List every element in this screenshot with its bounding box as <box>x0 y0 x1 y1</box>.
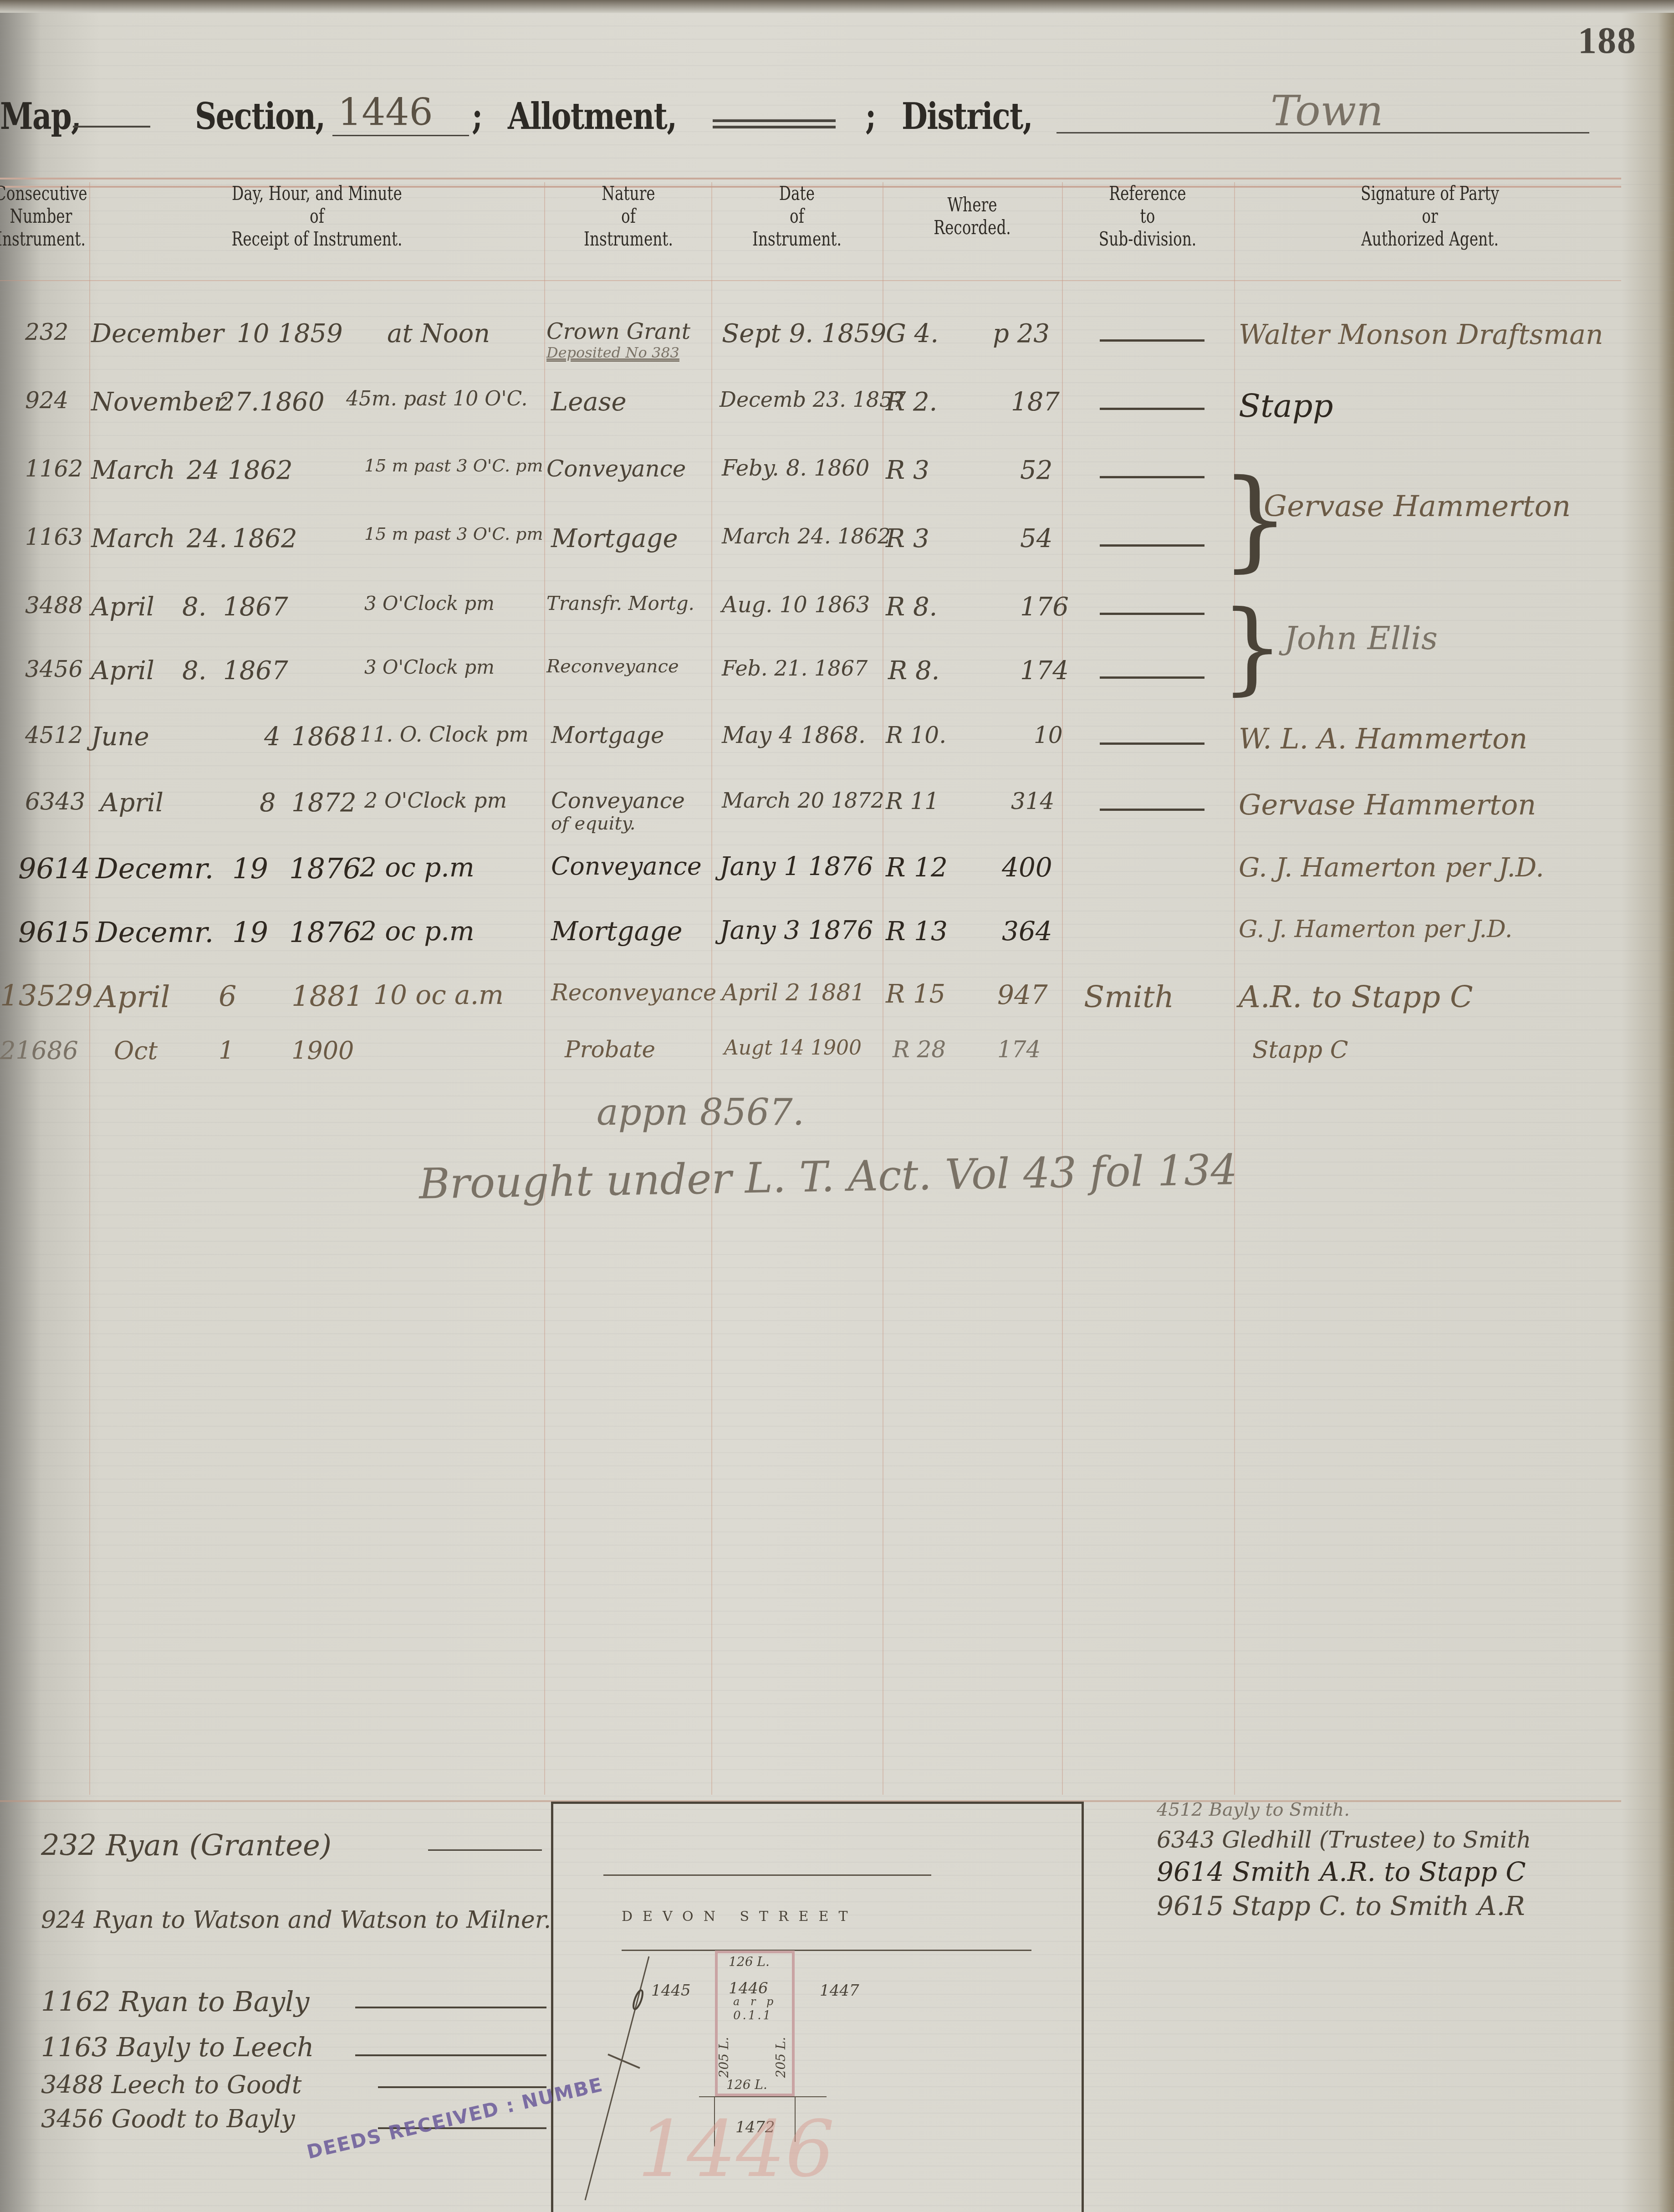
register-row: 1163 March 24. 1862 15 m past 3 O'C. pm … <box>0 524 1621 588</box>
instrument-date: Decemb 23. 1857 <box>720 387 906 412</box>
instrument-date: Augt 14 1900 <box>724 1036 862 1060</box>
recorded-page: 54 <box>1020 524 1052 553</box>
signature: G. J. Hamerton per J.D. <box>1239 916 1512 943</box>
column-header-date: Date of Instrument. <box>731 182 863 251</box>
receipt-time: 2 oc p.m <box>360 852 475 883</box>
instrument-nature: Mortgage <box>551 916 683 947</box>
register-row: 9615 Decemr. 19 1876 2 oc p.m Mortgage J… <box>0 916 1621 979</box>
instrument-number: 21686 <box>0 1036 78 1065</box>
receipt-time: 2 oc p.m <box>360 916 475 947</box>
instrument-nature-note: of equity. <box>551 813 636 834</box>
instrument-nature-note: Deposited No 383 <box>546 344 679 361</box>
receipt-day: 24 <box>187 456 219 485</box>
receipt-year: 1867 <box>223 592 288 622</box>
instrument-number: 3488 <box>25 592 83 619</box>
column-header-number: Consecutive Number Instrument. <box>0 182 87 251</box>
recorded-book: R 8. <box>886 592 937 622</box>
section-semicolon: ; <box>472 95 482 138</box>
instrument-number: 4512 <box>25 722 83 748</box>
header-bottom-rule <box>0 280 1621 281</box>
register-row: 4512 June 4 1868 11. O. Clock pm Mortgag… <box>0 722 1621 786</box>
instrument-number: 232 <box>25 319 68 345</box>
instrument-date: Feby. 8. 1860 <box>722 456 869 481</box>
chain-item: 9615 Stapp C. to Smith A.R <box>1157 1890 1525 1921</box>
receipt-year: 1862 <box>232 524 297 553</box>
recorded-page: 174 <box>1020 656 1069 686</box>
receipt-time: 3 O'Clock pm <box>364 592 495 614</box>
section-label: Section, <box>195 95 325 138</box>
reference-dash <box>1100 476 1204 478</box>
chain-item-rule <box>355 2007 546 2008</box>
instrument-date: April 2 1881 <box>722 979 865 1006</box>
receipt-day: 27. <box>219 387 259 417</box>
recorded-page: 52 <box>1020 456 1052 485</box>
recorded-book: R 8. <box>888 656 939 686</box>
column-header-where-recorded: Where Recorded. <box>905 194 1040 239</box>
receipt-day: 8. <box>182 656 206 686</box>
chain-item-rule <box>355 2054 546 2056</box>
instrument-number: 924 <box>25 387 68 414</box>
receipt-day: 8. <box>182 592 206 622</box>
receipt-month: June <box>91 722 149 752</box>
recorded-book: R 11 <box>886 788 939 814</box>
receipt-year: 1876 <box>289 916 361 949</box>
recorded-page: 364 <box>1002 916 1052 947</box>
register-row: 9614 Decemr. 19 1876 2 oc p.m Conveyance… <box>0 852 1621 916</box>
reference-dash <box>1100 676 1204 679</box>
instrument-nature: Conveyance <box>546 456 686 482</box>
chain-item: 924 Ryan to Watson and Watson to Milner. <box>41 1906 551 1934</box>
allotment-field-line-1 <box>713 119 836 122</box>
reference-dash <box>1100 613 1204 615</box>
recorded-page: 176 <box>1020 592 1069 622</box>
chain-item: 1163 Bayly to Leech <box>41 2032 314 2063</box>
map-label: Map, <box>0 95 81 138</box>
signature: W. L. A. Hammerton <box>1239 722 1527 755</box>
receipt-day: 8 <box>260 788 276 818</box>
district-label: District, <box>902 95 1032 138</box>
recorded-book: R 28 <box>893 1036 946 1063</box>
receipt-month: Decemr. <box>96 916 214 949</box>
recorded-book: R 10. <box>886 722 946 748</box>
chain-item: 9614 Smith A.R. to Stapp C <box>1157 1856 1526 1887</box>
recorded-book: R 3 <box>886 456 929 485</box>
receipt-month: March <box>91 456 175 485</box>
reference-dash <box>1100 742 1204 745</box>
signature: A.R. to Stapp C <box>1239 979 1473 1014</box>
instrument-number: 3456 <box>25 656 83 682</box>
receipt-time: 10 oc a.m <box>373 979 504 1010</box>
column-header-nature: Nature of Instrument. <box>565 182 693 251</box>
signature: Gervase Hammerton <box>1239 788 1536 821</box>
recorded-page: 10 <box>1034 722 1063 748</box>
lot-right-dimension: 205 L. <box>773 2037 788 2078</box>
recorded-page: p 23 <box>993 319 1050 348</box>
recorded-book: R 15 <box>886 979 945 1009</box>
instrument-number: 9615 <box>18 916 90 949</box>
receipt-year: 1900 <box>291 1036 354 1065</box>
receipt-year: 1859 <box>278 319 343 348</box>
grouped-signature: Gervase Hammerton <box>1264 490 1571 523</box>
instrument-nature: Transfr. Mortg. <box>546 592 694 614</box>
column-header-receipt: Day, Hour, and Minute of Receipt of Inst… <box>210 182 424 251</box>
chain-item: 4512 Bayly to Smith. <box>1157 1799 1350 1820</box>
receipt-day: 19 <box>232 916 268 949</box>
instrument-number: 1162 <box>25 456 83 482</box>
receipt-month: April <box>91 656 154 686</box>
receipt-year: 1862 <box>228 456 293 485</box>
receipt-time: 15 m past 3 O'C. pm <box>364 524 543 544</box>
instrument-nature: Mortgage <box>551 524 678 553</box>
instrument-nature: Conveyance <box>551 788 685 814</box>
signature: Stapp C <box>1252 1036 1348 1064</box>
recorded-book: R 12 <box>886 852 948 883</box>
instrument-date: March 24. 1862 <box>722 524 891 548</box>
south-boundary <box>699 2096 827 2097</box>
chain-item: 1162 Ryan to Bayly <box>41 1986 309 2018</box>
instrument-nature: Crown Grant <box>546 319 690 344</box>
receipt-year: 1867 <box>223 656 288 686</box>
section-field-line <box>332 135 469 136</box>
instrument-date: Jany 3 1876 <box>720 916 873 945</box>
receipt-time: 45m. past 10 O'C. <box>346 387 528 410</box>
receipt-day: 1 <box>219 1036 234 1065</box>
register-row: 13529 April 6 1881 10 oc a.m Reconveyanc… <box>0 979 1621 1043</box>
chain-item: 3488 Leech to Goodt <box>41 2070 301 2099</box>
receipt-year: 1872 <box>291 788 357 818</box>
section-value: 1446 <box>338 91 433 134</box>
receipt-month: April <box>100 788 163 818</box>
allotment-label: Allotment, <box>508 95 676 138</box>
instrument-date: March 20 1872 <box>722 788 884 813</box>
neighbour-east: 1447 <box>820 1982 859 2000</box>
instrument-nature: Probate <box>565 1036 655 1063</box>
receipt-day: 6 <box>219 979 236 1013</box>
register-row: 3456 April 8. 1867 3 O'Clock pm Reconvey… <box>0 656 1621 720</box>
receipt-time: 11. O. Clock pm <box>360 722 529 747</box>
recorded-page: 187 <box>1011 387 1060 417</box>
lot-left-dimension: 205 L. <box>716 2037 731 2078</box>
instrument-nature: Conveyance <box>551 852 702 881</box>
signature: Stapp <box>1239 387 1333 425</box>
recorded-book: G 4. <box>886 319 939 348</box>
receipt-time: 2 O'Clock pm <box>364 788 507 813</box>
page-top-edge <box>0 0 1674 13</box>
recorded-page: 400 <box>1002 852 1052 883</box>
chain-item-rule <box>428 1849 542 1851</box>
receipt-day: 10 <box>237 319 269 348</box>
receipt-time: 3 O'Clock pm <box>364 656 495 678</box>
receipt-month: Decemr. <box>96 852 214 885</box>
chain-item: 232 Ryan (Grantee) <box>41 1829 332 1863</box>
signature: G. J. Hamerton per J.D. <box>1239 852 1544 883</box>
lot-area-units: a r p <box>733 1995 777 2008</box>
instrument-date: Feb. 21. 1867 <box>722 656 868 681</box>
recorded-page: 174 <box>997 1036 1041 1063</box>
instrument-date: Sept 9. 1859 <box>722 319 886 348</box>
receipt-month: Oct <box>114 1036 158 1065</box>
register-row: 232 December 10 1859 at Noon Crown Grant… <box>0 319 1621 383</box>
instrument-nature: Lease <box>551 387 627 417</box>
page-number: 188 <box>1578 19 1637 62</box>
receipt-year: 1876 <box>289 852 361 885</box>
receipt-month: April <box>96 979 170 1014</box>
allotment-semicolon: ; <box>865 95 876 138</box>
column-header-signature: Signature of Party or Authorized Agent. <box>1323 182 1536 251</box>
chain-item: 6343 Gledhill (Trustee) to Smith <box>1157 1827 1531 1853</box>
lot-number: 1446 <box>729 1979 768 1997</box>
receipt-day: 4 <box>264 722 281 752</box>
instrument-number: 9614 <box>18 852 90 885</box>
receipt-year: 1881 <box>291 979 363 1013</box>
district-value: Town <box>1271 87 1383 135</box>
instrument-nature: Reconveyance <box>546 656 679 677</box>
instrument-date: May 4 1868. <box>722 722 866 748</box>
signature-group-brace: } <box>1220 597 1284 697</box>
receipt-month: November <box>91 387 226 417</box>
reference-dash <box>1100 544 1204 547</box>
application-note: appn 8567. <box>597 1091 804 1133</box>
reference-dash <box>1100 408 1204 410</box>
register-row: 924 November 27. 1860 45m. past 10 O'C. … <box>0 387 1621 451</box>
lot-top-dimension: 126 L. <box>729 1954 770 1969</box>
reference-text: Smith <box>1084 979 1174 1014</box>
receipt-year: 1860 <box>260 387 325 417</box>
allotment-field-line-2 <box>713 126 836 128</box>
receipt-time: 15 m past 3 O'C. pm <box>364 456 543 476</box>
instrument-number: 1163 <box>25 524 83 550</box>
receipt-day: 19 <box>232 852 268 885</box>
instrument-nature: Mortgage <box>551 722 664 748</box>
chain-item-rule <box>378 2086 546 2088</box>
receipt-month: December <box>91 319 224 348</box>
instrument-nature: Reconveyance <box>551 979 716 1006</box>
receipt-month: April <box>91 592 154 622</box>
lot-bottom-dimension: 126 L. <box>726 2077 767 2092</box>
recorded-page: 314 <box>1011 788 1054 814</box>
instrument-number: 13529 <box>0 979 93 1013</box>
recorded-page: 947 <box>997 979 1048 1010</box>
column-header-reference: Reference to Sub-division. <box>1082 182 1214 251</box>
receipt-time: at Noon <box>387 319 490 348</box>
receipt-month: March <box>91 524 175 553</box>
instrument-date: Aug. 10 1863 <box>722 592 870 618</box>
map-field <box>73 126 150 128</box>
receipt-day: 24. <box>187 524 227 553</box>
street-north-boundary <box>603 1874 931 1876</box>
reference-dash <box>1100 339 1204 342</box>
lot-area: 0.1.1 <box>733 2009 772 2023</box>
street-name: DEVON STREET <box>622 1909 857 1925</box>
chain-item: 3456 Goodt to Bayly <box>41 2104 295 2133</box>
pencil-note: 1446 <box>638 2104 835 2195</box>
register-row: 6343 April 8 1872 2 O'Clock pm Conveyanc… <box>0 788 1621 852</box>
register-header: Map, Section, 1446 ; Allotment, ; Distri… <box>0 87 1674 141</box>
instrument-number: 6343 <box>25 788 85 815</box>
land-transfer-act-note: Brought under L. T. Act. Vol 43 fol 134 <box>418 1145 1238 1208</box>
register-row: 21686 Oct 1 1900 Probate Augt 14 1900 R … <box>0 1036 1621 1100</box>
street-south-boundary <box>622 1950 1031 1951</box>
reference-dash <box>1100 809 1204 811</box>
recorded-book: R 2. <box>886 387 937 417</box>
receipt-year: 1868 <box>291 722 357 752</box>
recorded-book: R 3 <box>886 524 929 553</box>
instrument-date: Jany 1 1876 <box>720 852 873 881</box>
signature: Walter Monson Draftsman <box>1239 319 1603 351</box>
grouped-signature: John Ellis <box>1284 620 1438 657</box>
recorded-book: R 13 <box>886 916 948 947</box>
